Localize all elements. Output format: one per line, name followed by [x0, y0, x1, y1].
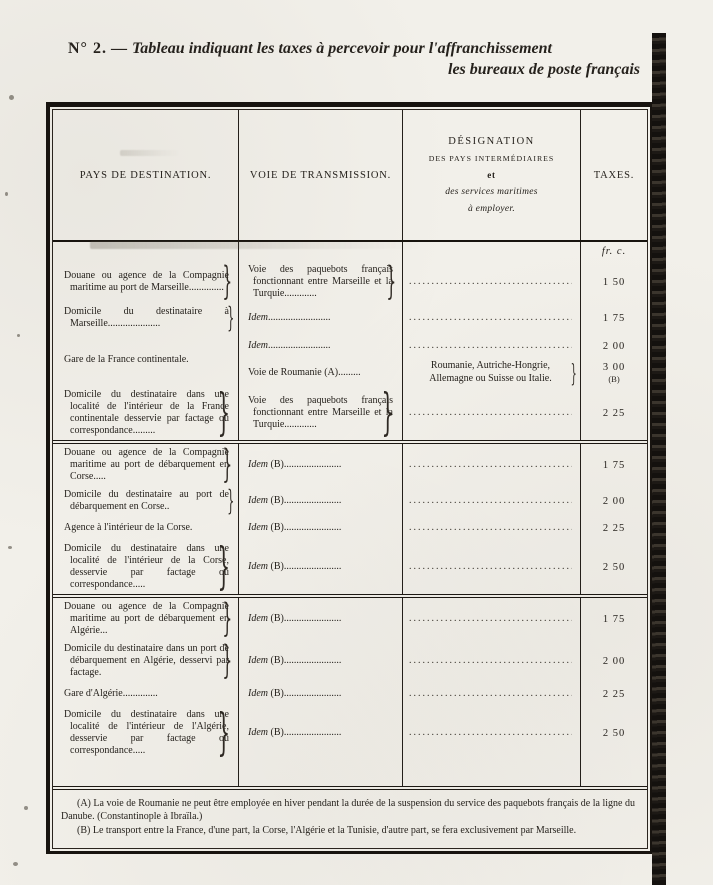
voie-cell: Idem (B)....................... }: [239, 540, 403, 594]
pays-text: Douane ou agence de la Compagnie maritim…: [58, 270, 229, 294]
table-row-group: Gare d'Algérie.............. } Idem (B).…: [53, 682, 647, 706]
header-designation-line: et: [487, 170, 496, 180]
row-lines: Idem (B)....................... } ......…: [239, 486, 647, 516]
taxe-cell: 3 00 (B): [581, 360, 647, 387]
row-lines: Voie des paquebots français fonctionnant…: [239, 261, 647, 303]
scan-speckle: [8, 546, 12, 549]
taxe-value: 1 75: [603, 614, 625, 625]
designation-cell: ........................................…: [403, 303, 581, 333]
table-line: Voie des paquebots français fonctionnant…: [239, 261, 647, 303]
page-binding-edge: [652, 33, 666, 885]
voie-text: Idem (B).......................: [244, 613, 393, 625]
table-line: Idem (B)....................... } ......…: [239, 706, 647, 760]
voie-cell: Voie des paquebots français fonctionnant…: [239, 261, 403, 303]
table: PAYS DE DESTINATION. VOIE DE TRANSMISSIO…: [52, 109, 648, 849]
voie-cell: Idem......................... }: [239, 303, 403, 333]
table-line: Idem......................... } ........…: [239, 333, 647, 360]
pays-cell: Douane ou agence de la Compagnie maritim…: [53, 444, 239, 486]
table-line: Idem (B)....................... } ......…: [239, 598, 647, 640]
header-pays-de-destination: PAYS DE DESTINATION.: [53, 110, 239, 240]
title-line-1: N° 2. — Tableau indiquant les taxes à pe…: [68, 40, 646, 58]
table-line: Idem (B)....................... } ......…: [239, 444, 647, 486]
header-designation: DÉSIGNATION DES PAYS INTERMÉDIAIRES et d…: [403, 110, 581, 240]
taxe-cell: 2 00: [581, 640, 647, 682]
taxe-value: 2 25: [603, 408, 625, 419]
designation-text: ........................................…: [409, 407, 572, 420]
voie-cell: Idem (B)....................... }: [239, 598, 403, 640]
taxe-value: 2 25: [603, 689, 625, 700]
taxe-value: 1 50: [603, 277, 625, 288]
table-line: Idem (B)....................... } ......…: [239, 516, 647, 540]
footnote-a: (A) La voie de Roumanie ne peut être emp…: [61, 797, 635, 823]
row-lines: Voie des paquebots français fonctionnant…: [239, 386, 647, 440]
taxe-cell: 2 00: [581, 486, 647, 516]
designation-cell: ........................................…: [403, 333, 581, 360]
table-frame: PAYS DE DESTINATION. VOIE DE TRANSMISSIO…: [46, 102, 653, 854]
pays-text: Domicile du destinataire à Marseille....…: [58, 306, 229, 330]
designation-text: ........................................…: [409, 276, 572, 289]
designation-text: ........................................…: [409, 495, 572, 508]
header-designation-line: des services maritimes: [445, 187, 538, 197]
table-row-group: Domicile du destinataire dans une locali…: [53, 706, 647, 760]
pays-cell: Domicile du destinataire à Marseille....…: [53, 303, 239, 333]
currency-spacer: [403, 242, 581, 261]
taxe-value: 1 75: [603, 313, 625, 324]
voie-text: Idem (B).......................: [244, 727, 393, 739]
voie-text: Idem (B).......................: [244, 561, 393, 573]
taxe-cell: 1 75: [581, 598, 647, 640]
footnote-b: (B) Le transport entre la France, d'une …: [61, 824, 635, 837]
pays-text: Gare d'Algérie..............: [58, 688, 229, 700]
table-row-group: Agence à l'intérieur de la Corse. } Idem…: [53, 516, 647, 540]
pays-text: Gare de la France continentale.: [58, 354, 229, 366]
scan-speckle: [13, 862, 18, 866]
table-row-group: Domicile du destinataire au port de déba…: [53, 486, 647, 516]
title-line-2: les bureaux de poste français: [68, 61, 646, 79]
voie-cell: Idem (B)....................... }: [239, 682, 403, 706]
table-row-group: Douane ou agence de la Compagnie maritim…: [53, 444, 647, 486]
header-designation-line: à employer.: [468, 204, 515, 214]
voie-text: Idem (B).......................: [244, 688, 393, 700]
pays-cell: Domicile du destinataire dans une locali…: [53, 706, 239, 760]
table-body: Douane ou agence de la Compagnie maritim…: [53, 261, 647, 760]
pays-text: Douane ou agence de la Compagnie maritim…: [58, 601, 229, 637]
voie-text: Idem.........................: [244, 312, 393, 324]
document-title: N° 2. — Tableau indiquant les taxes à pe…: [68, 40, 646, 79]
pays-cell: Domicile du destinataire dans un port de…: [53, 640, 239, 682]
bottom-spacer: [581, 760, 647, 786]
header-voie-de-transmission: VOIE DE TRANSMISSION.: [239, 110, 403, 240]
title-text: Tableau indiquant les taxes à percevoir …: [132, 40, 552, 57]
pays-text: Douane ou agence de la Compagnie maritim…: [58, 447, 229, 483]
voie-text: Idem (B).......................: [244, 655, 393, 667]
table-line: Voie de Roumanie (A)......... } Roumanie…: [239, 360, 647, 387]
voie-cell: Idem (B)....................... }: [239, 486, 403, 516]
pays-cell: Douane ou agence de la Compagnie maritim…: [53, 261, 239, 303]
table-header-row: PAYS DE DESTINATION. VOIE DE TRANSMISSIO…: [53, 110, 647, 242]
pays-cell: Agence à l'intérieur de la Corse. }: [53, 516, 239, 540]
header-designation-line: DÉSIGNATION: [448, 136, 535, 147]
table-line: Voie des paquebots français fonctionnant…: [239, 386, 647, 440]
bottom-spacer: [403, 760, 581, 786]
brace-glyph: }: [571, 363, 577, 383]
pays-text: Domicile du destinataire dans une locali…: [58, 389, 229, 437]
designation-text: ........................................…: [409, 727, 572, 740]
title-number: N° 2.: [68, 40, 107, 57]
designation-text: ........................................…: [409, 688, 572, 701]
table-row-group: Domicile du destinataire dans une locali…: [53, 386, 647, 440]
table-row-group: Domicile du destinataire dans une locali…: [53, 540, 647, 594]
designation-cell: ........................................…: [403, 386, 581, 440]
table-line: Idem......................... } ........…: [239, 303, 647, 333]
scan-smudge: [90, 241, 420, 249]
table-line: Idem (B)....................... } ......…: [239, 540, 647, 594]
voie-text: Idem (B).......................: [244, 495, 393, 507]
scan-speckle: [24, 806, 28, 810]
voie-cell: Voie des paquebots français fonctionnant…: [239, 386, 403, 440]
row-lines: Idem (B)....................... } ......…: [239, 706, 647, 760]
taxe-cell: 2 25: [581, 682, 647, 706]
designation-cell: ........................................…: [403, 540, 581, 594]
designation-text: ........................................…: [409, 522, 572, 535]
table-line: Idem (B)....................... } ......…: [239, 682, 647, 706]
voie-cell: Idem (B)....................... }: [239, 516, 403, 540]
designation-cell: ........................................…: [403, 640, 581, 682]
designation-cell: ........................................…: [403, 516, 581, 540]
pays-cell: Gare d'Algérie.............. }: [53, 682, 239, 706]
voie-text: Voie des paquebots français fonctionnant…: [244, 395, 393, 431]
row-lines: Idem......................... } ........…: [239, 333, 647, 386]
taxe-value: 2 25: [603, 523, 625, 534]
designation-cell: ........................................…: [403, 261, 581, 303]
scanned-page: N° 2. — Tableau indiquant les taxes à pe…: [0, 0, 713, 885]
designation-text: ........................................…: [409, 655, 572, 668]
currency-label: fr. c.: [581, 242, 647, 261]
voie-cell: Idem (B)....................... }: [239, 640, 403, 682]
row-lines: Idem (B)....................... } ......…: [239, 598, 647, 640]
table-bottom-space: [53, 760, 647, 786]
taxe-value: 2 00: [603, 656, 625, 667]
voie-text: Idem.........................: [244, 340, 393, 352]
table-row-group: Gare de la France continentale. } Idem..…: [53, 333, 647, 386]
pays-text: Domicile du destinataire dans une locali…: [58, 709, 229, 757]
designation-text: ........................................…: [409, 561, 572, 574]
voie-cell: Idem......................... }: [239, 333, 403, 360]
taxe-cell: 2 50: [581, 540, 647, 594]
voie-text: Voie des paquebots français fonctionnant…: [244, 264, 393, 300]
voie-cell: Idem (B)....................... }: [239, 706, 403, 760]
taxe-value: 2 00: [603, 496, 625, 507]
pays-cell: Douane ou agence de la Compagnie maritim…: [53, 598, 239, 640]
footnotes: (A) La voie de Roumanie ne peut être emp…: [53, 790, 647, 848]
designation-text: ........................................…: [409, 312, 572, 325]
taxe-cell: 1 75: [581, 303, 647, 333]
row-lines: Idem (B)....................... } ......…: [239, 444, 647, 486]
designation-cell: ........................................…: [403, 486, 581, 516]
pays-cell: Gare de la France continentale. }: [53, 333, 239, 386]
voie-text: Idem (B).......................: [244, 459, 393, 471]
designation-cell: Roumanie, Autriche-Hongrie, Allemagne ou…: [403, 360, 581, 387]
voie-cell: Voie de Roumanie (A)......... }: [239, 360, 403, 387]
designation-cell: ........................................…: [403, 598, 581, 640]
designation-text: ........................................…: [409, 340, 572, 353]
taxe-value: 3 00: [603, 362, 625, 373]
designation-text: Roumanie, Autriche-Hongrie, Allemagne ou…: [409, 360, 572, 385]
taxe-cell: 1 50: [581, 261, 647, 303]
taxe-value: 2 00: [603, 341, 625, 352]
title-dash: —: [111, 40, 128, 57]
scan-speckle: [9, 95, 14, 100]
row-lines: Idem (B)....................... } ......…: [239, 682, 647, 706]
pays-cell: Domicile du destinataire au port de déba…: [53, 486, 239, 516]
designation-cell: ........................................…: [403, 444, 581, 486]
table-row-group: Domicile du destinataire à Marseille....…: [53, 303, 647, 333]
voie-text: Voie de Roumanie (A).........: [244, 367, 393, 379]
scan-speckle: [5, 192, 8, 196]
taxe-cell: 2 50: [581, 706, 647, 760]
table-row-group: Douane ou agence de la Compagnie maritim…: [53, 261, 647, 303]
bottom-spacer: [53, 760, 239, 786]
header-designation-line: DES PAYS INTERMÉDIAIRES: [429, 154, 555, 163]
scan-speckle: [17, 334, 20, 337]
row-lines: Idem (B)....................... } ......…: [239, 640, 647, 682]
pays-text: Domicile du destinataire au port de déba…: [58, 489, 229, 513]
taxe-value: 1 75: [603, 460, 625, 471]
bottom-spacer: [239, 760, 403, 786]
taxe-value: 2 50: [603, 562, 625, 573]
pays-text: Domicile du destinataire dans un port de…: [58, 643, 229, 679]
voie-cell: Idem (B)....................... }: [239, 444, 403, 486]
pays-cell: Domicile du destinataire dans une locali…: [53, 540, 239, 594]
taxe-footnote-ref: (B): [608, 374, 619, 384]
header-taxes: TAXES.: [581, 110, 647, 240]
row-lines: Idem......................... } ........…: [239, 303, 647, 333]
taxe-value: 2 50: [603, 728, 625, 739]
pays-text: Agence à l'intérieur de la Corse.: [58, 522, 229, 534]
table-row-group: Douane ou agence de la Compagnie maritim…: [53, 598, 647, 640]
row-lines: Idem (B)....................... } ......…: [239, 540, 647, 594]
pays-text: Domicile du destinataire dans une locali…: [58, 543, 229, 591]
row-lines: Idem (B)....................... } ......…: [239, 516, 647, 540]
pays-cell: Domicile du destinataire dans une locali…: [53, 386, 239, 440]
table-line: Idem (B)....................... } ......…: [239, 486, 647, 516]
designation-cell: ........................................…: [403, 706, 581, 760]
taxe-cell: 1 75: [581, 444, 647, 486]
taxe-cell: 2 25: [581, 516, 647, 540]
designation-cell: ........................................…: [403, 682, 581, 706]
scan-smudge: [120, 150, 180, 156]
taxe-cell: 2 25: [581, 386, 647, 440]
table-row-group: Domicile du destinataire dans un port de…: [53, 640, 647, 682]
voie-text: Idem (B).......................: [244, 522, 393, 534]
table-line: Idem (B)....................... } ......…: [239, 640, 647, 682]
taxe-cell: 2 00: [581, 333, 647, 360]
designation-text: ........................................…: [409, 459, 572, 472]
designation-text: ........................................…: [409, 613, 572, 626]
